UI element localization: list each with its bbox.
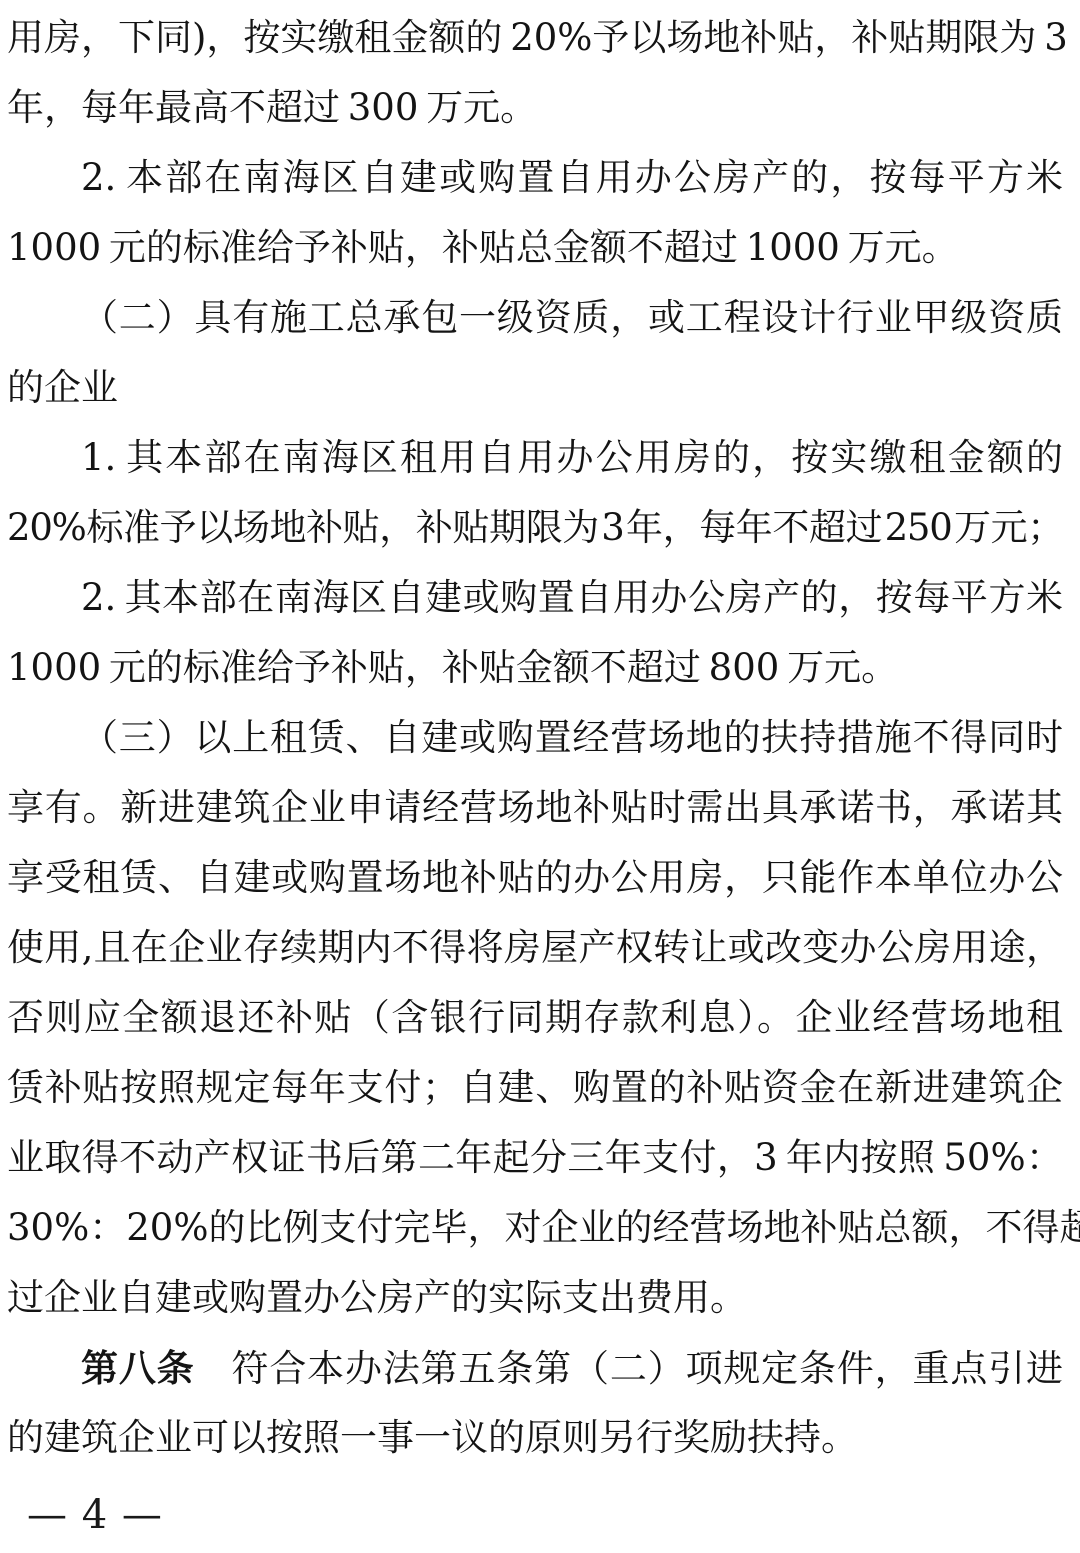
text-line: 享受租赁、自建或购置场地补贴的办公用房，只能作本单位办公	[7, 843, 1063, 913]
text-line: 的建筑企业可以按照一事一议的原则另行奖励扶持。	[7, 1403, 1063, 1473]
text-line: 20%标准予以场地补贴，补贴期限为 3 年，每年不超过 250 万元；	[7, 493, 1063, 563]
text-line: 使用,且在企业存续期内不得将房屋产权转让或改变办公房用途，	[7, 913, 1063, 983]
text-line: 年，每年最高不超过 300 万元。	[7, 73, 1063, 143]
page-number: — 4 —	[27, 1490, 163, 1540]
text-line: 1. 其本部在南海区租用自用办公用房的，按实缴租金额的	[7, 423, 1063, 493]
text-line: 30%：20%的比例支付完毕，对企业的经营场地补贴总额，不得超	[7, 1193, 1063, 1263]
document-page: 用房，下同)，按实缴租金额的 20%予以场地补贴，补贴期限为 3 年，每年最高不…	[0, 0, 1080, 1553]
text-line: 过企业自建或购置办公房产的实际支出费用。	[7, 1263, 1063, 1333]
text-line: 享有。新进建筑企业申请经营场地补贴时需出具承诺书，承诺其	[7, 773, 1063, 843]
article-8-number: 第八条	[81, 1346, 195, 1390]
text-line: 的企业	[7, 353, 1063, 423]
text-line: 否则应全额退还补贴（含银行同期存款利息）。企业经营场地租	[7, 983, 1063, 1053]
text-line: 1000 元的标准给予补贴，补贴总金额不超过 1000 万元。	[7, 213, 1063, 283]
text-line: 赁补贴按照规定每年支付；自建、购置的补贴资金在新进建筑企	[7, 1053, 1063, 1123]
text-line: （三）以上租赁、自建或购置经营场地的扶持措施不得同时	[7, 703, 1063, 773]
article-8-text: 符合本办法第五条第（二）项规定条件，重点引进	[232, 1347, 1064, 1390]
text-line: 用房，下同)，按实缴租金额的 20%予以场地补贴，补贴期限为 3	[7, 3, 1063, 73]
document-body: 用房，下同)，按实缴租金额的 20%予以场地补贴，补贴期限为 3 年，每年最高不…	[7, 3, 1063, 1473]
text-line: 1000 元的标准给予补贴，补贴金额不超过 800 万元。	[7, 633, 1063, 703]
article-8-line: 第八条符合本办法第五条第（二）项规定条件，重点引进	[7, 1333, 1063, 1403]
text-line: 业取得不动产权证书后第二年起分三年支付，3 年内按照 50%：	[7, 1123, 1063, 1193]
text-line: 2. 其本部在南海区自建或购置自用办公房产的，按每平方米	[7, 563, 1063, 633]
text-line: 2. 本部在南海区自建或购置自用办公房产的，按每平方米	[7, 143, 1063, 213]
text-line: （二）具有施工总承包一级资质，或工程设计行业甲级资质	[7, 283, 1063, 353]
